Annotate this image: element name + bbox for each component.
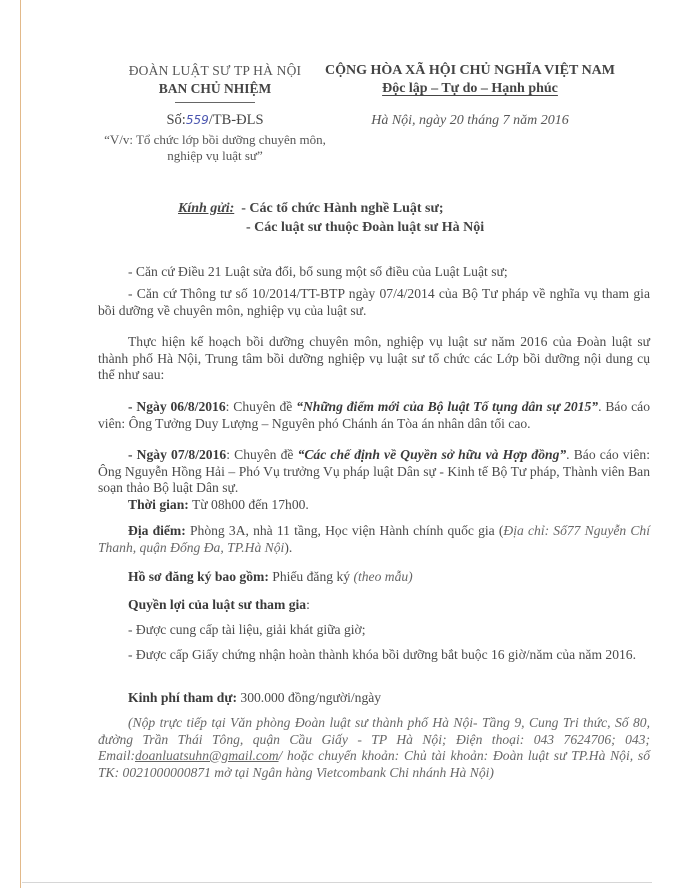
benefits-heading: Quyền lợi của luật sư tham gia:: [98, 597, 650, 614]
dossier-value: Phiếu đăng ký: [269, 569, 354, 584]
doc-number-suffix: /TB-ĐLS: [209, 112, 264, 128]
session-1: - Ngày 06/8/2016: Chuyên đề “Những điểm …: [98, 399, 650, 432]
session-2-topic: “Các chế định về Quyền sở hữu và Hợp đồn…: [298, 447, 567, 462]
payment-details: (Nộp trực tiếp tại Văn phòng Đoàn luật s…: [98, 715, 650, 781]
scan-bottom-line: [22, 882, 652, 883]
venue-tail: ).: [284, 540, 292, 555]
recipient-1: - Các tổ chức Hành nghề Luật sư;: [241, 201, 443, 216]
basis-text-1: - Căn cứ Điều 21 Luật sửa đổi, bổ sung m…: [98, 264, 650, 281]
benefits-label: Quyền lợi của luật sư tham gia: [128, 597, 306, 612]
scan-edge-line: [20, 0, 21, 888]
document-number: Số:559/TB-ĐLS: [95, 111, 335, 129]
session-2-topic-label: : Chuyên đề: [226, 447, 297, 462]
recipients-label: Kính gửi:: [178, 201, 234, 216]
fee-line: Kinh phí tham dự: 300.000 đồng/người/ngà…: [98, 690, 650, 707]
header-divider: [175, 102, 255, 103]
session-1-topic: “Những điểm mới của Bộ luật Tố tụng dân …: [296, 399, 598, 414]
fee-value: 300.000 đồng/người/ngày: [237, 690, 381, 705]
document-date: Hà Nội, ngày 20 tháng 7 năm 2016: [315, 113, 625, 129]
issuer-header: ĐOÀN LUẬT SƯ TP HÀ NỘI BAN CHỦ NHIỆM Số:…: [95, 62, 335, 164]
session-1-topic-label: : Chuyên đề: [226, 399, 297, 414]
benefit-item-1: - Được cung cấp tài liệu, giải khát giữa…: [98, 622, 650, 639]
organization-name: ĐOÀN LUẬT SƯ TP HÀ NỘI: [95, 62, 335, 80]
venue-label: Địa điểm:: [128, 523, 186, 538]
time-value: Từ 08h00 đến 17h00.: [189, 497, 309, 512]
board-name: BAN CHỦ NHIỆM: [95, 80, 335, 98]
legal-basis-1: - Căn cứ Điều 21 Luật sửa đổi, bổ sung m…: [98, 264, 650, 281]
basis-text-2: - Căn cứ Thông tư số 10/2014/TT-BTP ngày…: [98, 286, 650, 319]
venue-value: Phòng 3A, nhà 11 tầng, Học viện Hành chí…: [186, 523, 504, 538]
dossier-line: Hồ sơ đăng ký bao gồm: Phiếu đăng ký (th…: [98, 569, 650, 586]
recipients: Kính gửi: - Các tổ chức Hành nghề Luật s…: [178, 199, 484, 237]
session-2: - Ngày 07/8/2016: Chuyên đề “Các chế địn…: [98, 447, 650, 497]
dossier-label: Hồ sơ đăng ký bao gồm:: [128, 569, 269, 584]
session-1-date: - Ngày 06/8/2016: [128, 399, 226, 414]
document-subject: “V/v: Tổ chức lớp bồi dưỡng chuyên môn, …: [95, 132, 335, 164]
country-name: CỘNG HÒA XÃ HỘI CHỦ NGHĨA VIỆT NAM: [315, 62, 625, 80]
national-header: CỘNG HÒA XÃ HỘI CHỦ NGHĨA VIỆT NAM Độc l…: [315, 62, 625, 98]
email-link[interactable]: doanluatsuhn@gmail.com: [135, 748, 279, 763]
venue-line: Địa điểm: Phòng 3A, nhà 11 tầng, Học việ…: [98, 523, 650, 556]
recipient-2: - Các luật sư thuộc Đoàn luật sư Hà Nội: [178, 218, 484, 237]
intro-paragraph: Thực hiện kế hoạch bồi dưỡng chuyên môn,…: [98, 334, 650, 384]
handwritten-number: 559: [186, 113, 209, 127]
fee-label: Kinh phí tham dự:: [128, 690, 237, 705]
benefits-colon: :: [306, 597, 310, 612]
session-2-date: - Ngày 07/8/2016: [128, 447, 226, 462]
time-line: Thời gian: Từ 08h00 đến 17h00.: [98, 497, 650, 514]
national-motto: Độc lập – Tự do – Hạnh phúc: [382, 81, 558, 96]
doc-number-prefix: Số:: [166, 112, 185, 128]
time-label: Thời gian:: [128, 497, 189, 512]
benefit-item-2: - Được cấp Giấy chứng nhận hoàn thành kh…: [98, 647, 650, 664]
dossier-note: (theo mẫu): [353, 569, 412, 584]
legal-basis-2: - Căn cứ Thông tư số 10/2014/TT-BTP ngày…: [98, 286, 650, 319]
